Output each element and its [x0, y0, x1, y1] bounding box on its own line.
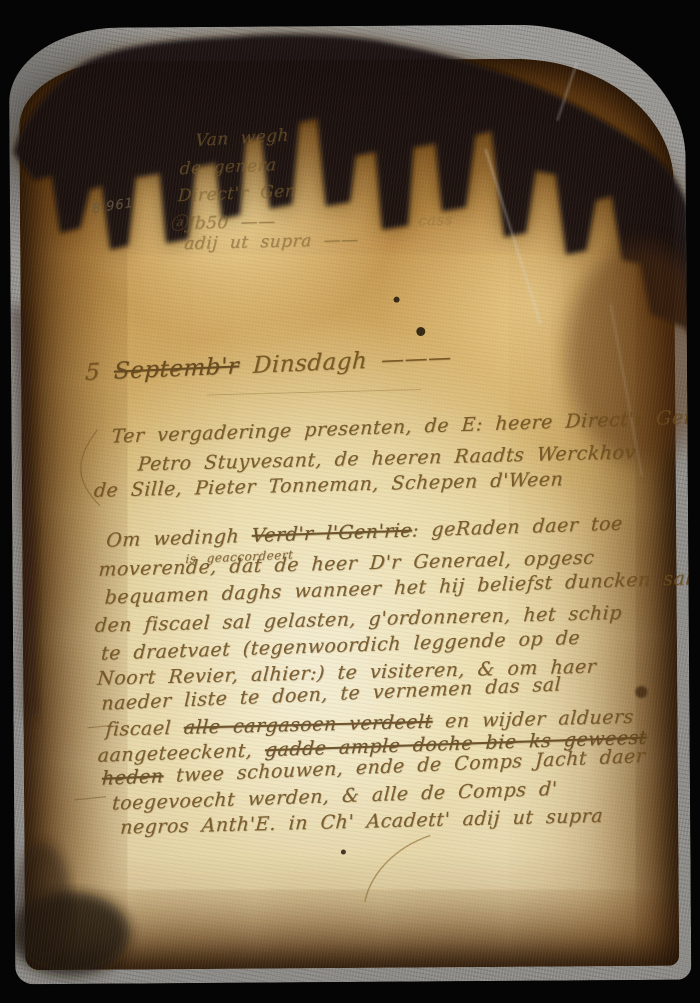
photo-background: Van wegh de genera Direct'r Gen ⓐJb50 ——…	[0, 0, 700, 1003]
handwriting-layer: Van wegh de genera Direct'r Gen ⓐJb50 ——…	[9, 24, 692, 985]
faded-archival-note-line: de genera	[179, 155, 277, 179]
date-heading: 5 Septemb'r Dinsdagh ———	[84, 344, 452, 385]
faded-archival-note-line: ⓐJb50 ——	[169, 207, 276, 235]
faded-archival-note-line: Van wegh	[195, 125, 289, 151]
pencil-archive-number: 8.961	[91, 196, 134, 217]
faded-archival-note-side: cass	[418, 210, 454, 230]
faded-archival-note-line: adij ut supra ——	[184, 230, 360, 254]
manuscript-line: Om wedingh Verd'r l'Gen'rie: geRaden dae…	[106, 513, 624, 552]
faded-archival-note-line: Direct'r Gen	[177, 181, 296, 206]
manuscript-page: Van wegh de genera Direct'r Gen ⓐJb50 ——…	[9, 24, 692, 985]
